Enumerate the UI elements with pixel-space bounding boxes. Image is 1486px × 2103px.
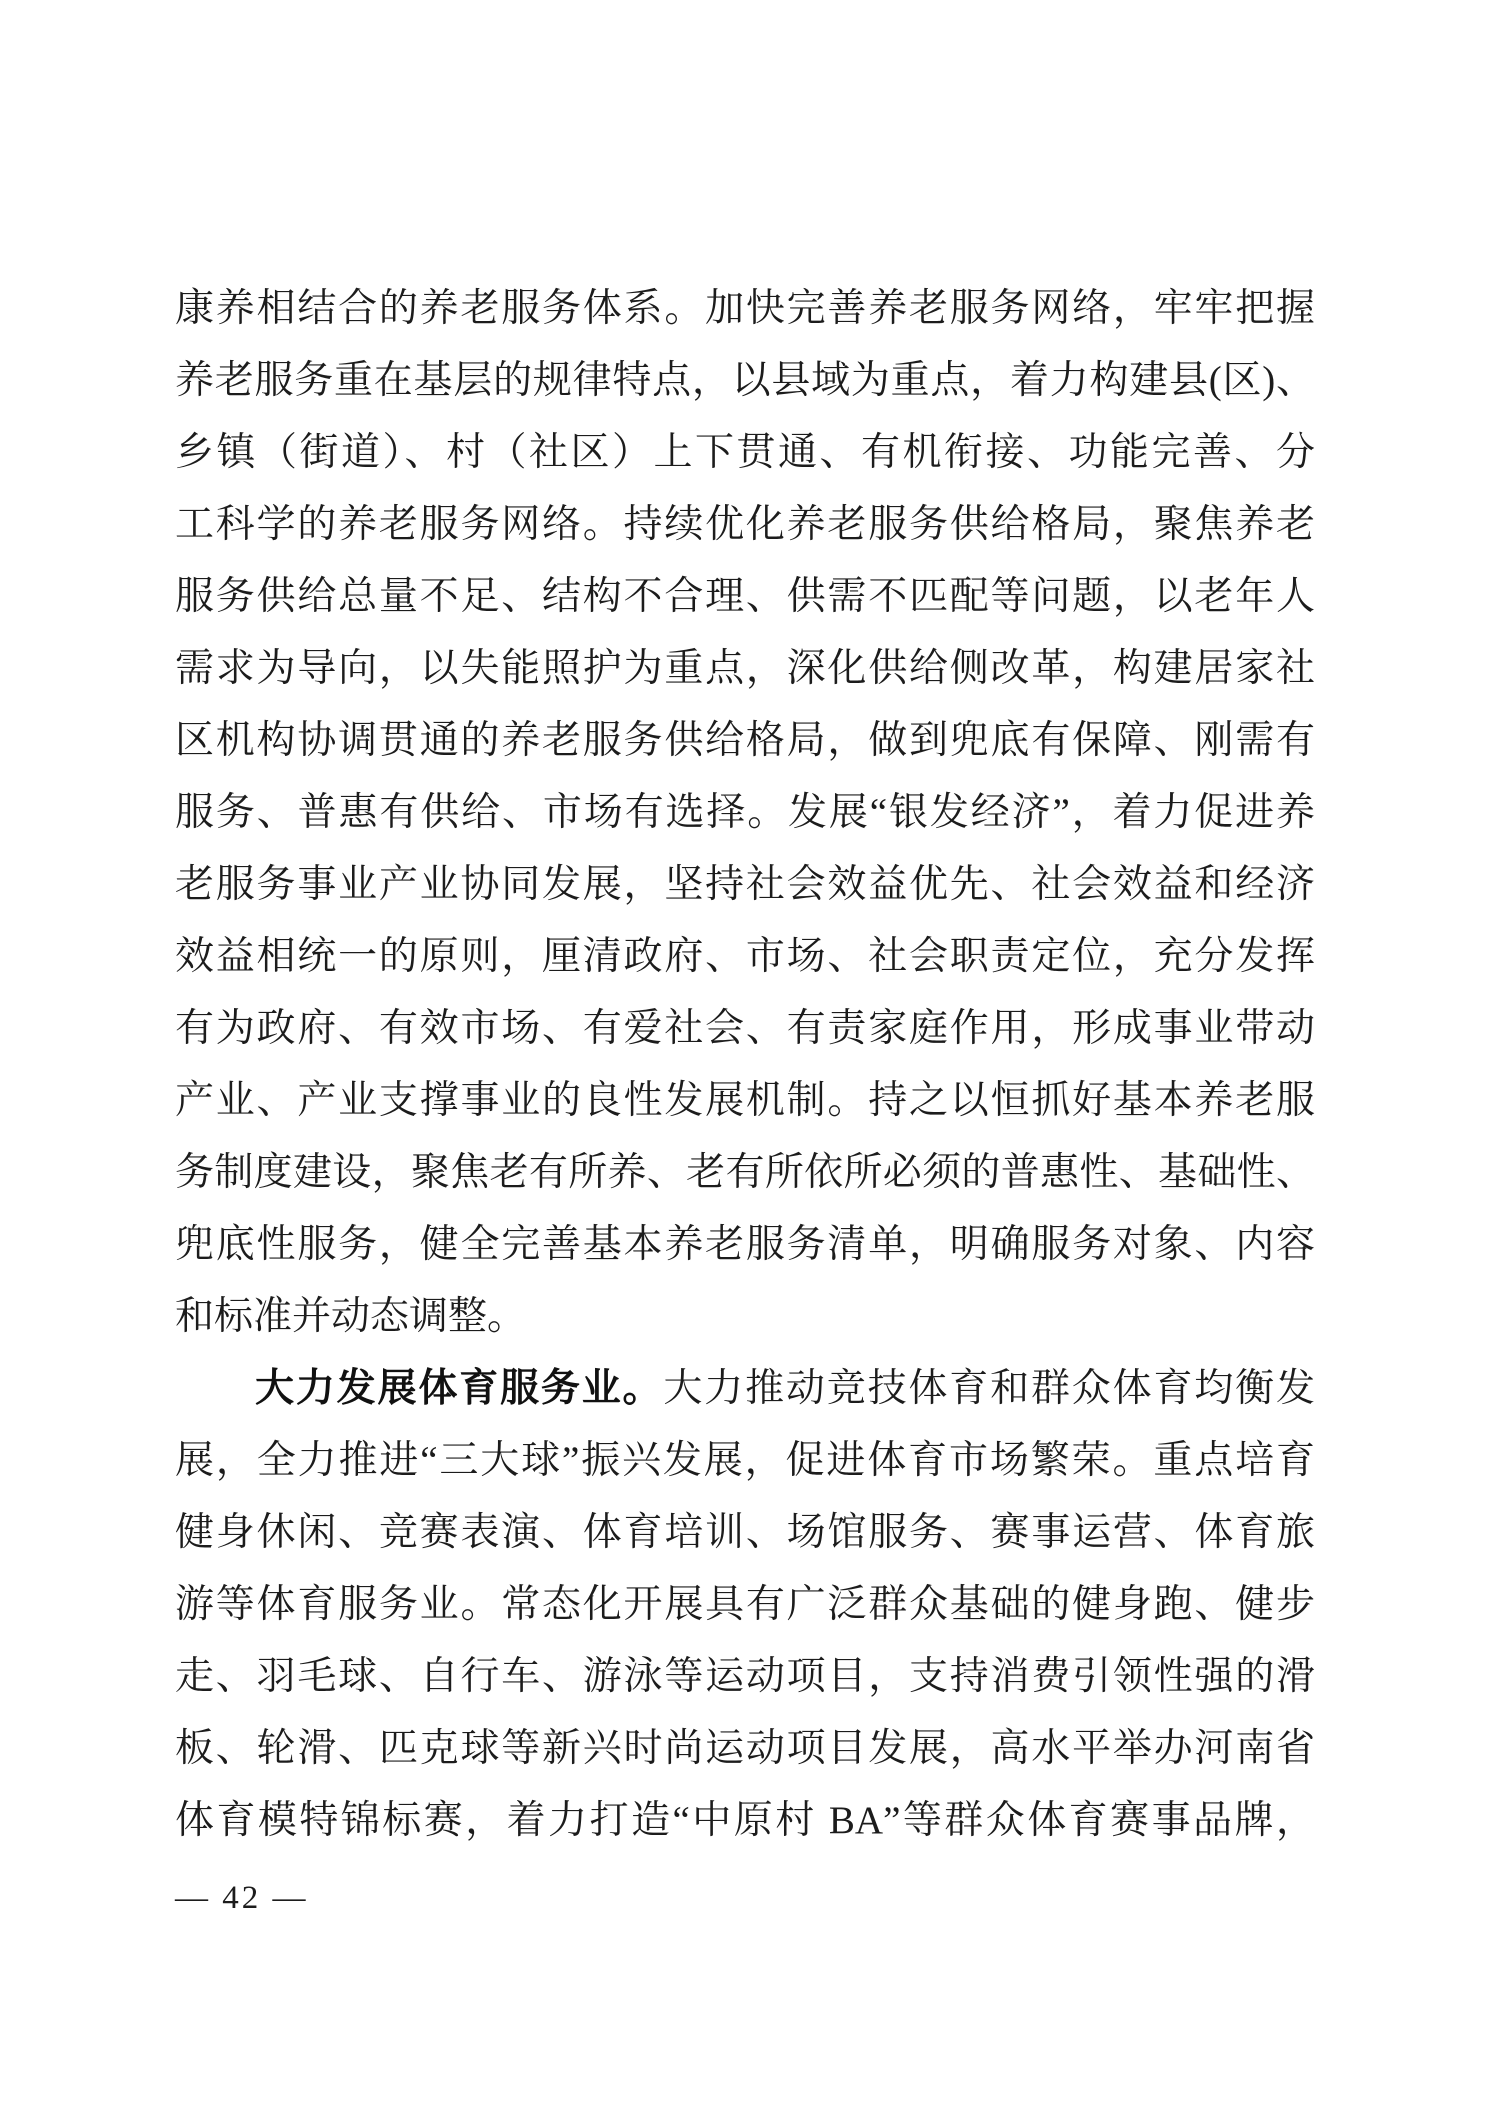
text-line: 区机构协调贯通的养老服务供给格局，做到兜底有保障、刚需有 <box>175 705 1315 777</box>
text-line: 健身休闲、竞赛表演、体育培训、场馆服务、赛事运营、体育旅 <box>175 1497 1315 1569</box>
text-line: 康养相结合的养老服务体系。加快完善养老服务网络，牢牢把握 <box>175 273 1315 345</box>
text-line: 兜底性服务，健全完善基本养老服务清单，明确服务对象、内容 <box>175 1209 1315 1281</box>
paragraph-first-line: 大力发展体育服务业。大力推动竞技体育和群众体育均衡发 <box>175 1353 1315 1425</box>
text-line: 走、羽毛球、自行车、游泳等运动项目，支持消费引领性强的滑 <box>175 1641 1315 1713</box>
text-line: 游等体育服务业。常态化开展具有广泛群众基础的健身跑、健步 <box>175 1569 1315 1641</box>
text-line: 板、轮滑、匹克球等新兴时尚运动项目发展，高水平举办河南省 <box>175 1713 1315 1785</box>
text-line: 务制度建设，聚焦老有所养、老有所依所必须的普惠性、基础性、 <box>175 1137 1315 1209</box>
page-number: — 42 — <box>175 1878 309 1918</box>
paragraph-last-line: 和标准并动态调整。 <box>175 1281 1315 1353</box>
text-line: 体育模特锦标赛，着力打造“中原村 BA”等群众体育赛事品牌， <box>175 1785 1315 1857</box>
text-line: 养老服务重在基层的规律特点，以县域为重点，着力构建县(区)、 <box>175 345 1315 417</box>
text-line: 大力推动竞技体育和群众体育均衡发 <box>663 1367 1315 1410</box>
text-line: 产业、产业支撑事业的良性发展机制。持之以恒抓好基本养老服 <box>175 1065 1315 1137</box>
text-line: 老服务事业产业协同发展，坚持社会效益优先、社会效益和经济 <box>175 849 1315 921</box>
text-line: 服务、普惠有供给、市场有选择。发展“银发经济”，着力促进养 <box>175 777 1315 849</box>
section-heading-bold: 大力发展体育服务业。 <box>255 1367 663 1410</box>
text-line: 有为政府、有效市场、有爱社会、有责家庭作用，形成事业带动 <box>175 993 1315 1065</box>
text-line: 工科学的养老服务网络。持续优化养老服务供给格局，聚焦养老 <box>175 489 1315 561</box>
text-line: 需求为导向，以失能照护为重点，深化供给侧改革，构建居家社 <box>175 633 1315 705</box>
text-line: 展，全力推进“三大球”振兴发展，促进体育市场繁荣。重点培育 <box>175 1425 1315 1497</box>
text-line: 服务供给总量不足、结构不合理、供需不匹配等问题，以老年人 <box>175 561 1315 633</box>
document-page: 康养相结合的养老服务体系。加快完善养老服务网络，牢牢把握 养老服务重在基层的规律… <box>0 0 1486 2103</box>
page-body-text: 康养相结合的养老服务体系。加快完善养老服务网络，牢牢把握 养老服务重在基层的规律… <box>175 273 1315 1857</box>
text-line: 乡镇（街道）、村（社区）上下贯通、有机衔接、功能完善、分 <box>175 417 1315 489</box>
text-line: 效益相统一的原则，厘清政府、市场、社会职责定位，充分发挥 <box>175 921 1315 993</box>
